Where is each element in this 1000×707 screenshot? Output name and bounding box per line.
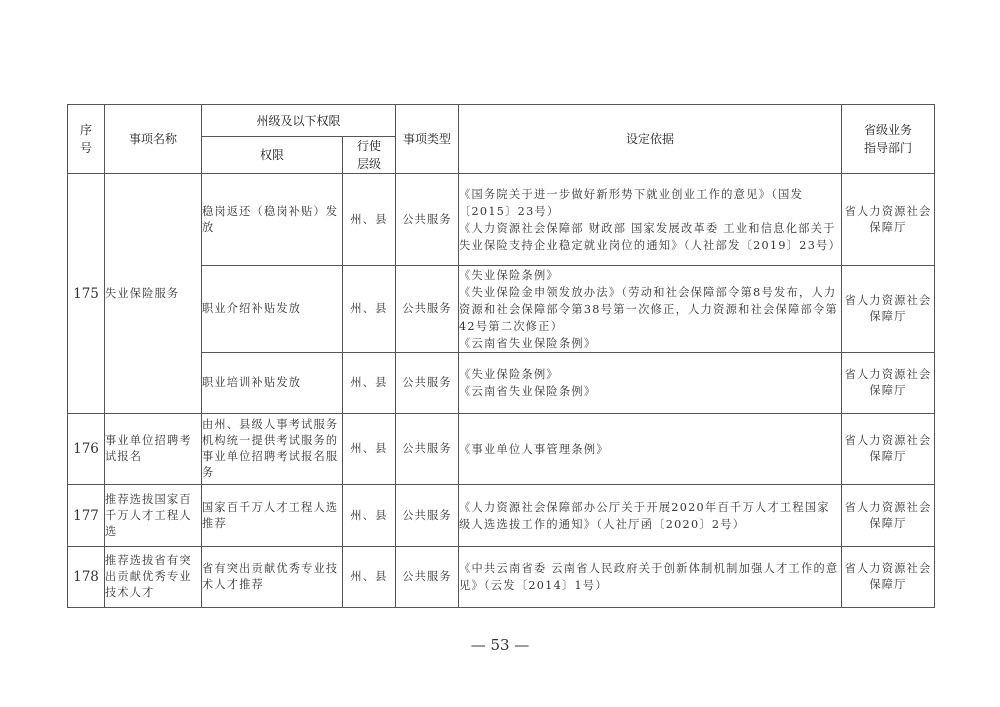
page-number: — 53 — xyxy=(0,636,1000,654)
row-type: 公共服务 xyxy=(396,353,459,414)
row-level: 州、县 xyxy=(343,353,396,414)
row-authority: 省有突出贡献优秀专业技术人才推荐 xyxy=(202,547,343,608)
row-dept: 省人力资源社会保障厅 xyxy=(842,174,935,266)
table-row: 176 事业单位招聘考试报名 由州、县级人事考试服务机构统一提供考试服务的事业单… xyxy=(68,414,935,485)
row-authority: 国家百千万人才工程人选推荐 xyxy=(202,485,343,547)
row-basis: 《国务院关于进一步做好新形势下就业创业工作的意见》（国发〔2015〕23号） 《… xyxy=(459,174,842,266)
header-basis: 设定依据 xyxy=(459,105,842,174)
row-basis: 《失业保险条例》 《失业保险金申领发放办法》（劳动和社会保障部令第8号发布，人力… xyxy=(459,266,842,353)
header-seq: 序 号 xyxy=(68,105,105,174)
row-item-name: 推荐选拔省有突出贡献优秀专业技术人才 xyxy=(105,547,202,608)
row-type: 公共服务 xyxy=(396,174,459,266)
header-exercise-level: 行使 层级 xyxy=(343,137,396,174)
row-item-name: 失业保险服务 xyxy=(105,174,202,414)
row-seq: 175 xyxy=(68,174,105,414)
header-authority: 权限 xyxy=(202,137,343,174)
basis-line: 《云南省失业保险条例》 xyxy=(459,335,841,352)
row-level: 州、县 xyxy=(343,414,396,485)
header-authority-group: 州级及以下权限 xyxy=(202,105,396,137)
authority-table: 序 号 事项名称 州级及以下权限 事项类型 设定依据 省级业务 指导部门 权限 … xyxy=(67,104,935,608)
row-level: 州、县 xyxy=(343,485,396,547)
header-seq-line1: 序 xyxy=(68,121,104,139)
row-level: 州、县 xyxy=(343,547,396,608)
basis-line: 《云南省失业保险条例》 xyxy=(459,383,841,400)
row-authority: 由州、县级人事考试服务机构统一提供考试服务的事业单位招聘考试报名服务 xyxy=(202,414,343,485)
row-basis: 《失业保险条例》 《云南省失业保险条例》 xyxy=(459,353,842,414)
row-basis: 《事业单位人事管理条例》 xyxy=(459,414,842,485)
header-dept-line2: 指导部门 xyxy=(842,139,934,157)
basis-line: 《人力资源社会保障部 财政部 国家发展改革委 工业和信息化部关于失业保险支持企业… xyxy=(459,220,841,254)
row-item-name: 推荐选拔国家百千万人才工程人选 xyxy=(105,485,202,547)
header-item-name: 事项名称 xyxy=(105,105,202,174)
row-seq: 177 xyxy=(68,485,105,547)
row-seq: 178 xyxy=(68,547,105,608)
row-type: 公共服务 xyxy=(396,266,459,353)
row-basis: 《人力资源社会保障部办公厅关于开展2020年百千万人才工程国家级人选选拔工作的通… xyxy=(459,485,842,547)
row-dept: 省人力资源社会保障厅 xyxy=(842,414,935,485)
header-seq-line2: 号 xyxy=(68,139,104,157)
basis-line: 《失业保险条例》 xyxy=(459,267,841,284)
row-authority: 职业介绍补贴发放 xyxy=(202,266,343,353)
row-dept: 省人力资源社会保障厅 xyxy=(842,547,935,608)
basis-line: 《中共云南省委 云南省人民政府关于创新体制机制加强人才工作的意见》（云发〔201… xyxy=(459,560,841,594)
header-level-line1: 行使 xyxy=(343,137,395,155)
row-authority: 稳岗返还（稳岗补贴）发放 xyxy=(202,174,343,266)
row-type: 公共服务 xyxy=(396,547,459,608)
header-dept: 省级业务 指导部门 xyxy=(842,105,935,174)
header-item-type: 事项类型 xyxy=(396,105,459,174)
basis-line: 《事业单位人事管理条例》 xyxy=(459,441,841,458)
basis-line: 《国务院关于进一步做好新形势下就业创业工作的意见》（国发〔2015〕23号） xyxy=(459,186,841,220)
row-dept: 省人力资源社会保障厅 xyxy=(842,485,935,547)
basis-line: 《失业保险条例》 xyxy=(459,366,841,383)
row-level: 州、县 xyxy=(343,266,396,353)
header-level-line2: 层级 xyxy=(343,155,395,173)
header-dept-line1: 省级业务 xyxy=(842,121,934,139)
basis-line: 《人力资源社会保障部办公厅关于开展2020年百千万人才工程国家级人选选拔工作的通… xyxy=(459,499,841,533)
table-row: 177 推荐选拔国家百千万人才工程人选 国家百千万人才工程人选推荐 州、县 公共… xyxy=(68,485,935,547)
row-level: 州、县 xyxy=(343,174,396,266)
row-authority: 职业培训补贴发放 xyxy=(202,353,343,414)
row-item-name: 事业单位招聘考试报名 xyxy=(105,414,202,485)
row-dept: 省人力资源社会保障厅 xyxy=(842,353,935,414)
row-type: 公共服务 xyxy=(396,414,459,485)
row-dept: 省人力资源社会保障厅 xyxy=(842,266,935,353)
basis-line: 《失业保险金申领发放办法》（劳动和社会保障部令第8号发布，人力资源和社会保障部令… xyxy=(459,284,841,335)
row-basis: 《中共云南省委 云南省人民政府关于创新体制机制加强人才工作的意见》（云发〔201… xyxy=(459,547,842,608)
table-row: 175 失业保险服务 稳岗返还（稳岗补贴）发放 州、县 公共服务 《国务院关于进… xyxy=(68,174,935,266)
row-seq: 176 xyxy=(68,414,105,485)
table-row: 178 推荐选拔省有突出贡献优秀专业技术人才 省有突出贡献优秀专业技术人才推荐 … xyxy=(68,547,935,608)
row-type: 公共服务 xyxy=(396,485,459,547)
